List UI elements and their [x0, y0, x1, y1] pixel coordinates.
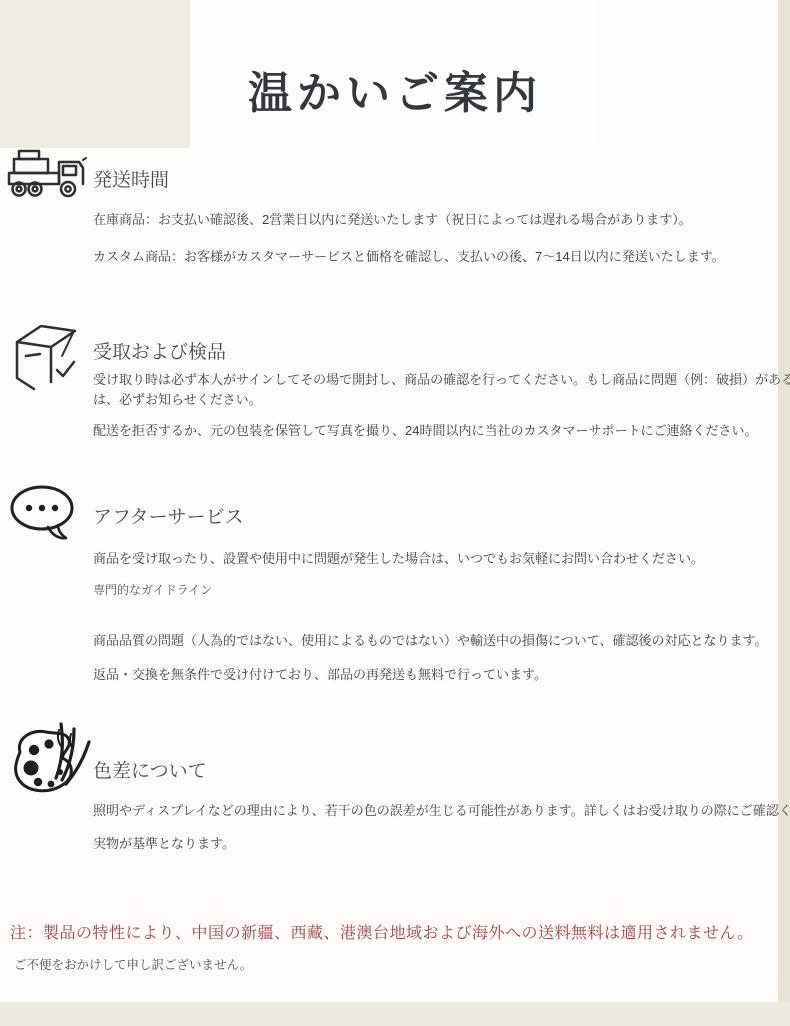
background-beige-bottom: [0, 1002, 790, 1026]
chat-bubble-icon: [8, 483, 82, 543]
section-title-color: 色差について: [93, 756, 207, 783]
palette-icon: [4, 718, 94, 800]
color-line-2: 実物が基準となります。: [93, 834, 235, 854]
shipping-line-1: 在庫商品：お支払い確認後、2営業日以内に発送いたします（祝日によっては遅れる場合…: [93, 210, 692, 230]
shipping-restriction-note: 注：製品の特性により、中国の新疆、西藏、港澳台地域および海外への送料無料は適用さ…: [10, 920, 753, 943]
truck-icon: [6, 146, 88, 198]
apology-note: ご不便をおかけして申し訳ございません。: [14, 955, 252, 973]
section-title-aftersales: アフターサービス: [93, 502, 244, 529]
section-title-shipping: 発送時間: [93, 165, 169, 192]
inspection-line-1: 受け取り時は必ず本人がサインしてその場で開封し、商品の確認を行ってください。もし…: [93, 370, 790, 410]
aftersales-line-3: 商品品質の問題（人為的ではない、使用によるものではない）や輸送中の損傷について、…: [93, 631, 767, 651]
background-beige-right-strip: [778, 0, 790, 1026]
aftersales-line-1: 商品を受け取ったり、設置や使用中に問題が発生した場合は、いつでもお気軽にお問い合…: [93, 549, 704, 569]
page-title: 温かいご案内: [0, 57, 790, 121]
aftersales-line-4: 返品・交換を無条件で受け付けており、部品の再発送も無料で行っています。: [93, 665, 547, 685]
section-title-inspection: 受取および検品: [93, 337, 226, 364]
aftersales-line-2: 専門的なガイドライン: [93, 580, 212, 600]
color-line-1: 照明やディスプレイなどの理由により、若干の色の誤差が生じる可能性があります。詳し…: [93, 801, 790, 821]
inspection-line-2: 配送を拒否するか、元の包装を保管して写真を撮り、24時間以内に当社のカスタマーサ…: [93, 421, 757, 441]
box-icon: [10, 318, 82, 394]
shipping-line-2: カスタム商品：お客様がカスタマーサービスと価格を確認し、支払いの後、7～14日以…: [93, 247, 725, 267]
